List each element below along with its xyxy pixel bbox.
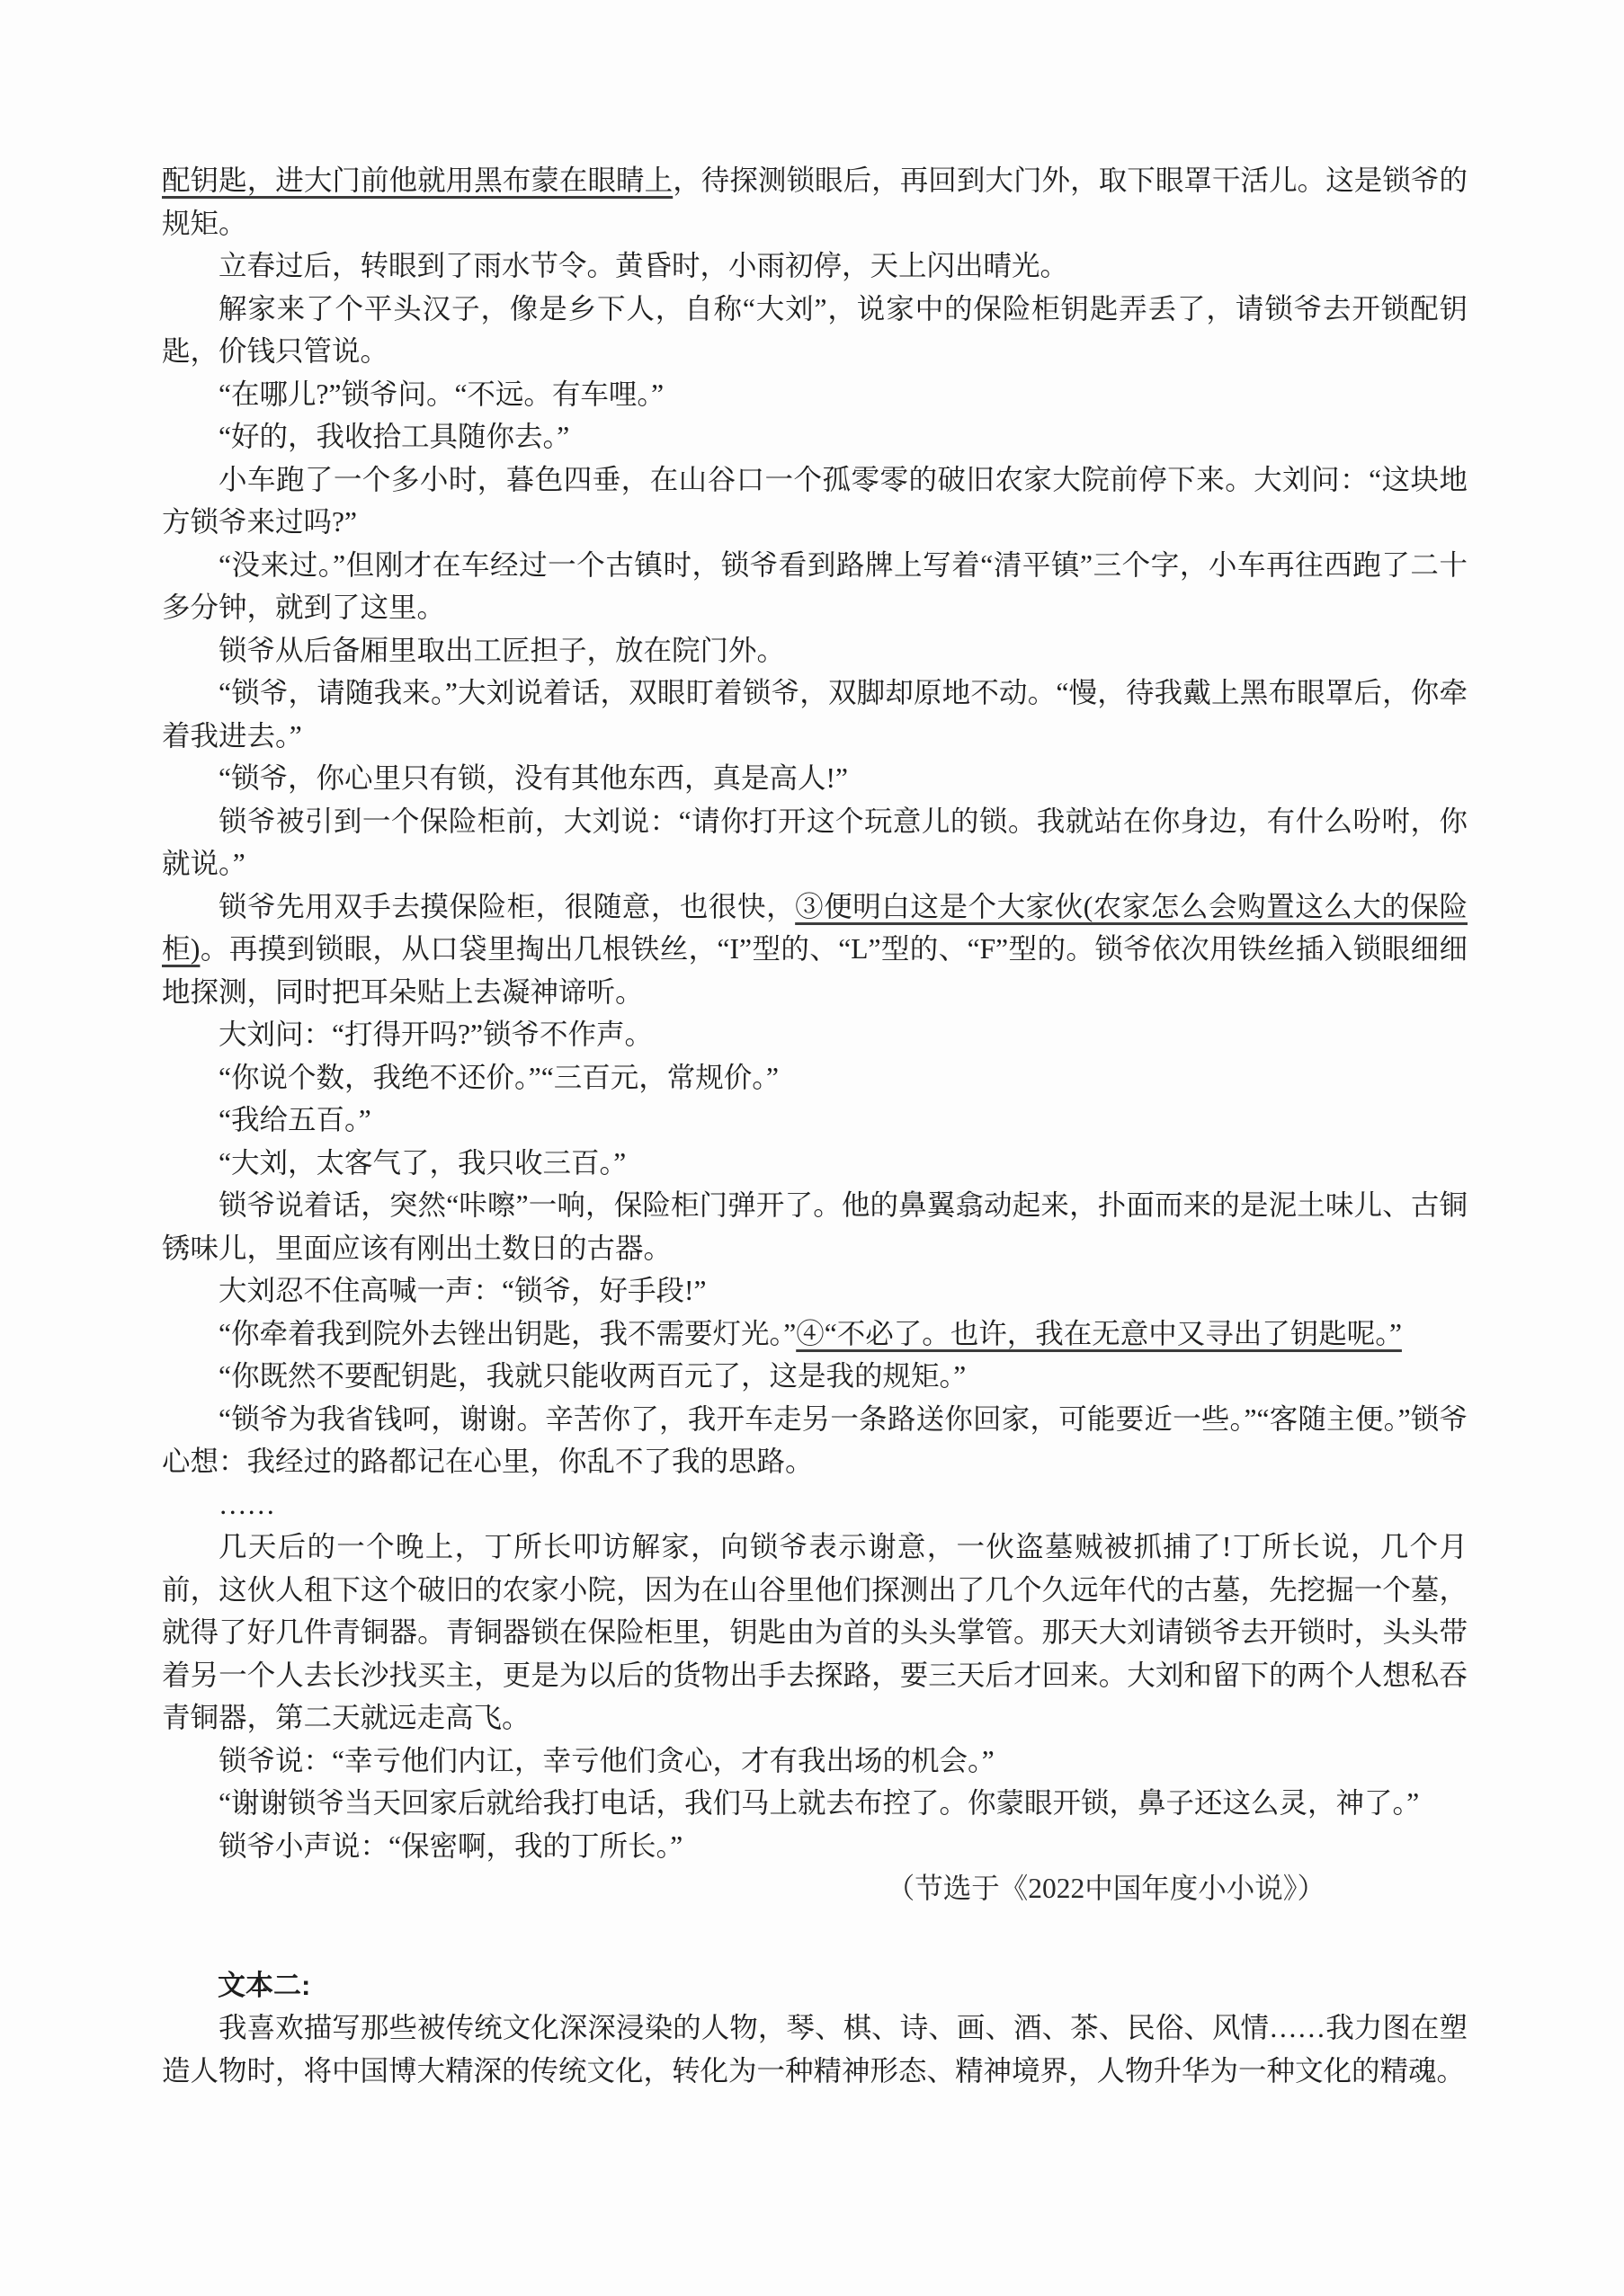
- text-segment: “锁爷，请随我来。”大刘说着话，双眼盯着锁爷，双脚却原地不动。“慢，待我戴上黑布…: [162, 677, 1468, 752]
- paragraph: 几天后的一个晚上，丁所长叩访解家，向锁爷表示谢意，一伙盗墓贼被抓捕了!丁所长说，…: [162, 1526, 1468, 1740]
- text-segment: 解家来了个平头汉子，像是乡下人，自称“大刘”，说家中的保险柜钥匙弄丢了，请锁爷去…: [162, 293, 1468, 368]
- paragraph: 我喜欢描写那些被传统文化深深浸染的人物，琴、棋、诗、画、酒、茶、民俗、风情……我…: [162, 2007, 1468, 2092]
- text-segment: 锁爷说：“幸亏他们内讧，幸亏他们贪心，才有我出场的机会。”: [219, 1745, 995, 1776]
- text-segment: 锁爷小声说：“保密啊，我的丁所长。”: [219, 1830, 683, 1862]
- underlined-text: 配钥匙，进大门前他就用黑布蒙在眼睛上: [162, 165, 673, 196]
- underlined-text: ④“不必了。也许，我在无意中又寻出了钥匙呢。”: [796, 1318, 1402, 1349]
- text-segment: ……: [219, 1489, 275, 1520]
- paragraph: “你说个数，我绝不还价。”“三百元，常规价。”: [162, 1056, 1468, 1099]
- document-page: 配钥匙，进大门前他就用黑布蒙在眼睛上，待探测锁眼后，再回到大门外，取下眼罩干活儿…: [0, 0, 1624, 2296]
- text-segment: 小车跑了一个多小时，暮色四垂，在山谷口一个孤零零的破旧农家大院前停下来。大刘问：…: [162, 464, 1468, 538]
- paragraph: 锁爷说：“幸亏他们内讧，幸亏他们贪心，才有我出场的机会。”: [162, 1740, 1468, 1783]
- paragraph: 锁爷小声说：“保密啊，我的丁所长。”: [162, 1825, 1468, 1868]
- text-segment: “锁爷为我省钱呵，谢谢。辛苦你了，我开车走另一条路送你回家，可能要近一些。”“客…: [162, 1403, 1468, 1478]
- paragraph: 锁爷说着话，突然“咔嚓”一响，保险柜门弹开了。他的鼻翼翕动起来，扑面而来的是泥土…: [162, 1184, 1468, 1269]
- text-segment: 锁爷从后备厢里取出工匠担子，放在院门外。: [219, 635, 785, 666]
- paragraph: 锁爷从后备厢里取出工匠担子，放在院门外。: [162, 629, 1468, 672]
- paragraph: “谢谢锁爷当天回家后就给我打电话，我们马上就去布控了。你蒙眼开锁，鼻子还这么灵，…: [162, 1782, 1468, 1825]
- text-segment: 。再摸到锁眼，从口袋里掏出几根铁丝，“I”型的、“L”型的、“F”型的。锁爷依次…: [162, 933, 1468, 1008]
- source-attribution: （节选于《2022中国年度小小说》）: [162, 1867, 1468, 1910]
- paragraph: 解家来了个平头汉子，像是乡下人，自称“大刘”，说家中的保险柜钥匙弄丢了，请锁爷去…: [162, 288, 1468, 373]
- text-segment: “大刘，太客气了，我只收三百。”: [219, 1147, 626, 1179]
- paragraph: 大刘问：“打得开吗?”锁爷不作声。: [162, 1013, 1468, 1056]
- paragraph: 立春过后，转眼到了雨水节令。黄昏时，小雨初停，天上闪出晴光。: [162, 245, 1468, 288]
- paragraph: “你牵着我到院外去锉出钥匙，我不需要灯光。”④“不必了。也许，我在无意中又寻出了…: [162, 1313, 1468, 1356]
- paragraph: “没来过。”但刚才在车经过一个古镇时，锁爷看到路牌上写着“清平镇”三个字，小车再…: [162, 544, 1468, 629]
- paragraph: “在哪儿?”锁爷问。“不远。有车哩。”: [162, 373, 1468, 416]
- text-segment: 几天后的一个晚上，丁所长叩访解家，向锁爷表示谢意，一伙盗墓贼被抓捕了!丁所长说，…: [162, 1531, 1468, 1733]
- text-segment: 大刘忍不住高喊一声：“锁爷，好手段!”: [219, 1275, 706, 1306]
- text-segment: “锁爷，你心里只有锁，没有其他东西，真是高人!”: [219, 762, 848, 794]
- paragraph: “我给五百。”: [162, 1099, 1468, 1142]
- text-segment: （节选于《2022中国年度小小说》）: [887, 1873, 1325, 1904]
- text-segment: 锁爷被引到一个保险柜前，大刘说：“请你打开这个玩意儿的锁。我就站在你身边，有什么…: [162, 805, 1468, 880]
- paragraph: 小车跑了一个多小时，暮色四垂，在山谷口一个孤零零的破旧农家大院前停下来。大刘问：…: [162, 458, 1468, 544]
- paragraph: ……: [162, 1483, 1468, 1526]
- text-segment: “谢谢锁爷当天回家后就给我打电话，我们马上就去布控了。你蒙眼开锁，鼻子还这么灵，…: [219, 1787, 1419, 1819]
- text-segment: “你说个数，我绝不还价。”“三百元，常规价。”: [219, 1062, 779, 1093]
- paragraph: “锁爷为我省钱呵，谢谢。辛苦你了，我开车走另一条路送你回家，可能要近一些。”“客…: [162, 1398, 1468, 1483]
- text-segment: “你牵着我到院外去锉出钥匙，我不需要灯光。”: [219, 1318, 796, 1349]
- text-segment: 锁爷说着话，突然“咔嚓”一响，保险柜门弹开了。他的鼻翼翕动起来，扑面而来的是泥土…: [162, 1189, 1468, 1264]
- text-segment: “我给五百。”: [219, 1104, 371, 1135]
- paragraph: “大刘，太客气了，我只收三百。”: [162, 1142, 1468, 1185]
- text-segment: “在哪儿?”锁爷问。“不远。有车哩。”: [219, 378, 664, 410]
- section-heading: 文本二:: [162, 1964, 1468, 2007]
- text-segment: 立春过后，转眼到了雨水节令。黄昏时，小雨初停，天上闪出晴光。: [219, 250, 1068, 281]
- text-segment: 文本二:: [218, 1970, 310, 2001]
- paragraph: 配钥匙，进大门前他就用黑布蒙在眼睛上，待探测锁眼后，再回到大门外，取下眼罩干活儿…: [162, 159, 1468, 245]
- text-segment: “好的，我收拾工具随你去。”: [219, 421, 569, 452]
- text-segment: 我喜欢描写那些被传统文化深深浸染的人物，琴、棋、诗、画、酒、茶、民俗、风情……我…: [162, 2012, 1468, 2087]
- paragraph: “好的，我收拾工具随你去。”: [162, 415, 1468, 458]
- text-segment: 锁爷先用双手去摸保险柜，很随意，也很快，: [219, 891, 795, 922]
- paragraph: “锁爷，你心里只有锁，没有其他东西，真是高人!”: [162, 757, 1468, 800]
- paragraph: 大刘忍不住高喊一声：“锁爷，好手段!”: [162, 1269, 1468, 1313]
- text-segment: 大刘问：“打得开吗?”锁爷不作声。: [219, 1019, 653, 1050]
- paragraph: 锁爷先用双手去摸保险柜，很随意，也很快，③便明白这是个大家伙(农家怎么会购置这么…: [162, 885, 1468, 1014]
- paragraph: “你既然不要配钥匙，我就只能收两百元了，这是我的规矩。”: [162, 1355, 1468, 1398]
- paragraph: “锁爷，请随我来。”大刘说着话，双眼盯着锁爷，双脚却原地不动。“慢，待我戴上黑布…: [162, 672, 1468, 757]
- text-segment: “你既然不要配钥匙，我就只能收两百元了，这是我的规矩。”: [219, 1360, 966, 1392]
- paragraph: 锁爷被引到一个保险柜前，大刘说：“请你打开这个玩意儿的锁。我就站在你身边，有什么…: [162, 800, 1468, 885]
- story-text: 配钥匙，进大门前他就用黑布蒙在眼睛上，待探测锁眼后，再回到大门外，取下眼罩干活儿…: [0, 0, 1624, 2092]
- text-segment: “没来过。”但刚才在车经过一个古镇时，锁爷看到路牌上写着“清平镇”三个字，小车再…: [162, 549, 1468, 624]
